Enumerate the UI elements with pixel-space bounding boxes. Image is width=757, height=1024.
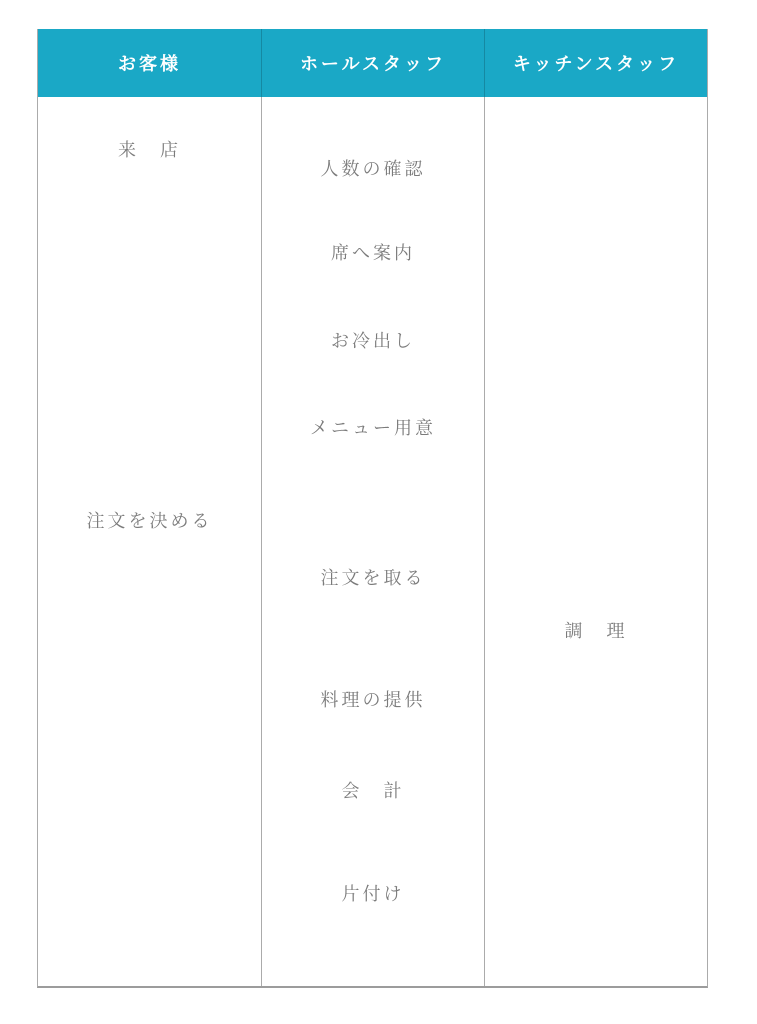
step-serve-food: 料理の提供	[262, 686, 484, 712]
table-body: 来 店 注文を決める 人数の確認 席へ案内 お冷出し メニュー用意 注文を取る …	[38, 97, 707, 986]
column-header-hall-staff: ホールスタッフ	[261, 29, 484, 97]
step-clear-table: 片付け	[262, 880, 484, 906]
column-header-kitchen-staff: キッチンスタッフ	[484, 29, 707, 97]
step-confirm-party-size: 人数の確認	[262, 155, 484, 181]
step-guide-to-seat: 席へ案内	[262, 239, 484, 265]
service-flow-swimlane-table: お客様 ホールスタッフ キッチンスタッフ 来 店 注文を決める 人数の確認 席へ…	[37, 29, 708, 988]
page: お客様 ホールスタッフ キッチンスタッフ 来 店 注文を決める 人数の確認 席へ…	[0, 0, 757, 1024]
header-row: お客様 ホールスタッフ キッチンスタッフ	[38, 29, 707, 97]
step-cooking: 調 理	[485, 617, 707, 643]
step-visit-store: 来 店	[38, 136, 261, 162]
step-decide-order: 注文を決める	[38, 507, 261, 533]
lane-customer: 来 店 注文を決める	[38, 97, 261, 986]
step-serve-water: お冷出し	[262, 327, 484, 353]
step-prepare-menu: メニュー用意	[262, 414, 484, 440]
lane-hall-staff: 人数の確認 席へ案内 お冷出し メニュー用意 注文を取る 料理の提供 会 計 片…	[261, 97, 484, 986]
step-checkout: 会 計	[262, 777, 484, 803]
column-header-customer: お客様	[38, 29, 261, 97]
step-take-order: 注文を取る	[262, 564, 484, 590]
lane-kitchen-staff: 調 理	[484, 97, 707, 986]
